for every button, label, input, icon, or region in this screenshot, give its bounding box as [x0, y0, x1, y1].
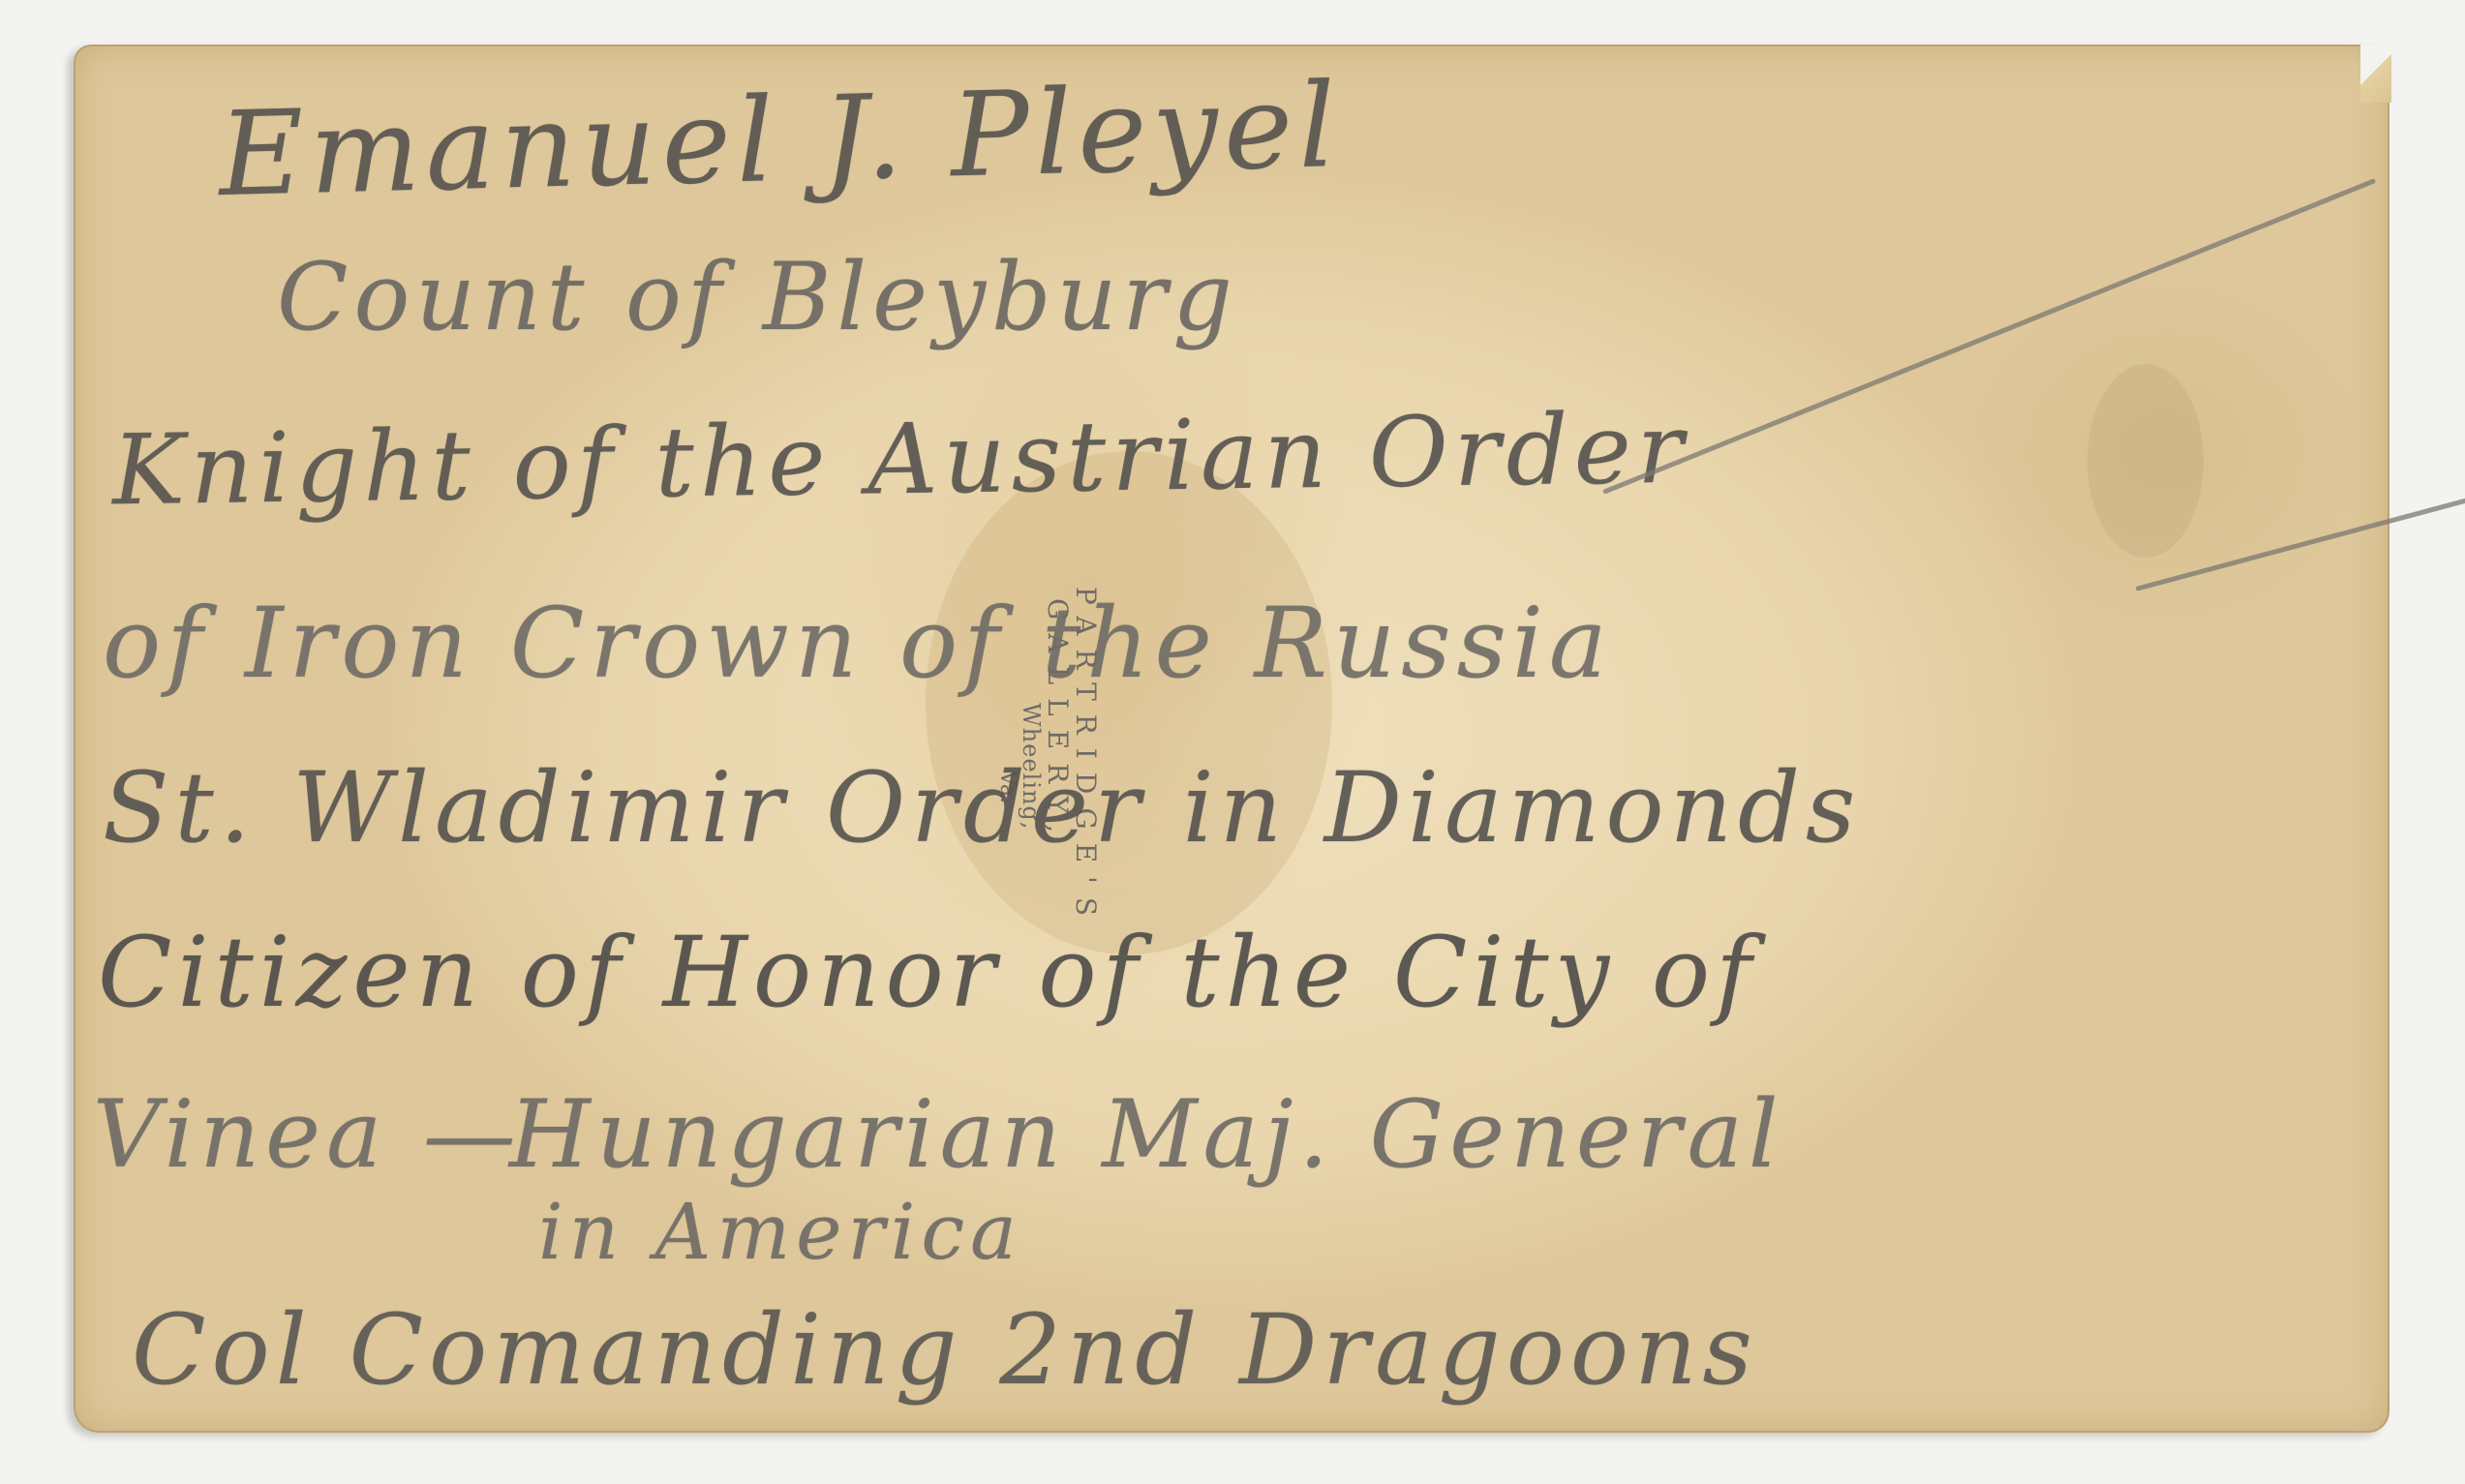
handwritten-title-count: Count of Bleyburg	[277, 243, 1238, 351]
handwritten-city-name: Vinea —	[93, 1080, 522, 1189]
handwritten-citizen-honor: Citizen of Honor of the City of	[98, 916, 1757, 1029]
age-stain	[926, 451, 1332, 954]
handwritten-knight-order: Knight of the Austrian Order	[111, 392, 1689, 528]
handwritten-command: Col Comanding 2nd Dragoons	[132, 1293, 1758, 1407]
pencil-flourish-stroke	[1602, 178, 2376, 495]
handwritten-iron-crown: of Iron Crown of the Russia	[103, 587, 1613, 700]
handwritten-name: Emanuel J. Pleyel	[217, 59, 1343, 223]
handwritten-st-wladimir: St. Wladimir Order in Diamonds	[103, 751, 1861, 864]
age-stain	[2087, 364, 2204, 558]
handwritten-in-america: in America	[538, 1187, 1022, 1277]
photo-card-back: PARTRIDGE'S GALLERY, Wheeling, Va. Emanu…	[74, 45, 2389, 1433]
handwritten-rank: Hungarian Maj. General	[509, 1080, 1784, 1189]
